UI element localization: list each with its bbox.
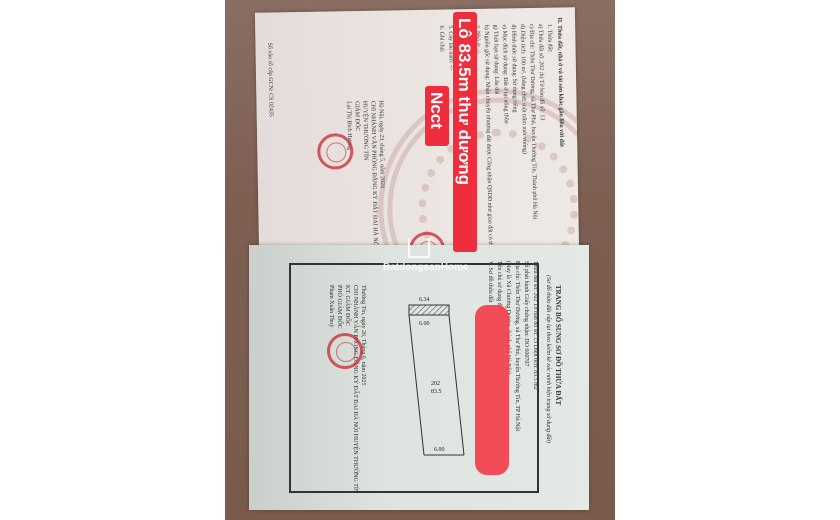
- text-line: GIÁM ĐỐC: [352, 101, 361, 131]
- certificate-bottom-page: TRANG BỔ SUNG SƠ ĐỒ THỬA ĐẤT (Sơ đồ thửa…: [249, 245, 589, 510]
- top-lines: 1. Thửa đất:a) Thửa đất số: 202 ;b) Tờ b…: [255, 7, 575, 13]
- overlay-banner: Lô 83.5m thư dương: [453, 12, 477, 252]
- plot-diagram: 6.34 6.00 6.00 202 83.5: [389, 285, 479, 485]
- text-line: V. Sơ đồ thửa đất: [486, 261, 494, 302]
- text-line: e) Mục đích sử dụng: Đất ở tại nông thôn: [500, 24, 510, 123]
- red-seal: [317, 133, 354, 170]
- redaction-mark: [475, 305, 509, 475]
- text-line: CHI NHÁNH VĂN PHÒNG ĐĂNG KÝ ĐẤT ĐAI HÀ N…: [351, 285, 359, 493]
- text-line: Số phát hành Giấy chứng nhận: DO 600707: [522, 261, 530, 366]
- text-line: g) Thời hạn sử dụng: Lâu dài: [491, 25, 500, 95]
- bottom-subtitle: (Sơ đồ thửa đất cấp lại theo kiểm kê xác…: [544, 275, 552, 443]
- watermark-house-icon: [408, 238, 430, 258]
- text-line: đ) Hình thức sử dụng: Sử dụng riêng: [509, 24, 519, 112]
- overlay-banner-2: Ncct: [425, 86, 449, 146]
- text-line: Phạm Xuân Thuỷ: [327, 285, 335, 327]
- overlay-text-2: Ncct: [426, 92, 446, 129]
- certificate-top-page: II. Thửa đất, nhà ở và tài sản khác gắn …: [255, 7, 579, 258]
- side-note: Số vào sổ cấp GCN: CS 02435: [265, 42, 274, 116]
- bottom-title: TRANG BỔ SUNG SƠ ĐỒ THỬA ĐẤT: [554, 285, 562, 405]
- text-line: Tên chủ sử dụng đất:: [495, 261, 503, 312]
- top-heading: II. Thửa đất, nhà ở và tài sản khác gắn …: [555, 17, 565, 147]
- certificate-photo: II. Thửa đất, nhà ở và tài sản khác gắn …: [225, 0, 615, 520]
- text-line: PHÓ GIÁM ĐỐC: [335, 285, 343, 329]
- top-signature-block: Hà Nội, ngày 23, tháng 5, năm 2024CHI NH…: [255, 7, 575, 13]
- svg-text:202: 202: [431, 381, 440, 387]
- svg-text:6.34: 6.34: [419, 297, 430, 303]
- text-line: Địa chỉ: Thôn Thư Dương, xã Thư Phú, huy…: [513, 261, 521, 431]
- text-line: Thửa đất số: 202 Tờ bản đồ số: 13 Diện t…: [531, 261, 539, 390]
- text-line: Thường Tín, ngày 26, Tháng 6, năm 2025: [359, 285, 367, 386]
- svg-text:6.00: 6.00: [419, 321, 430, 327]
- text-line: KT. GIÁM ĐỐC: [343, 285, 351, 326]
- text-line: a) Thửa đất số: 202 ;b) Tờ bản đồ số: 13: [536, 24, 546, 121]
- svg-text:6.00: 6.00: [434, 447, 445, 453]
- overlay-text: Lô 83.5m thư dương: [454, 18, 474, 185]
- text-line: HUYỆN THƯỜNG TÍN: [360, 101, 369, 161]
- svg-text:83.5: 83.5: [431, 389, 442, 395]
- red-seal-3: [327, 333, 363, 369]
- text-line: Hà Nội, ngày 23, tháng 5, năm 2024: [376, 101, 386, 188]
- text-line: 1. Thửa đất:: [545, 24, 554, 53]
- watermark: BatdongsanHome: [383, 262, 469, 273]
- text-line: 6. Ghi chú:: [437, 25, 445, 52]
